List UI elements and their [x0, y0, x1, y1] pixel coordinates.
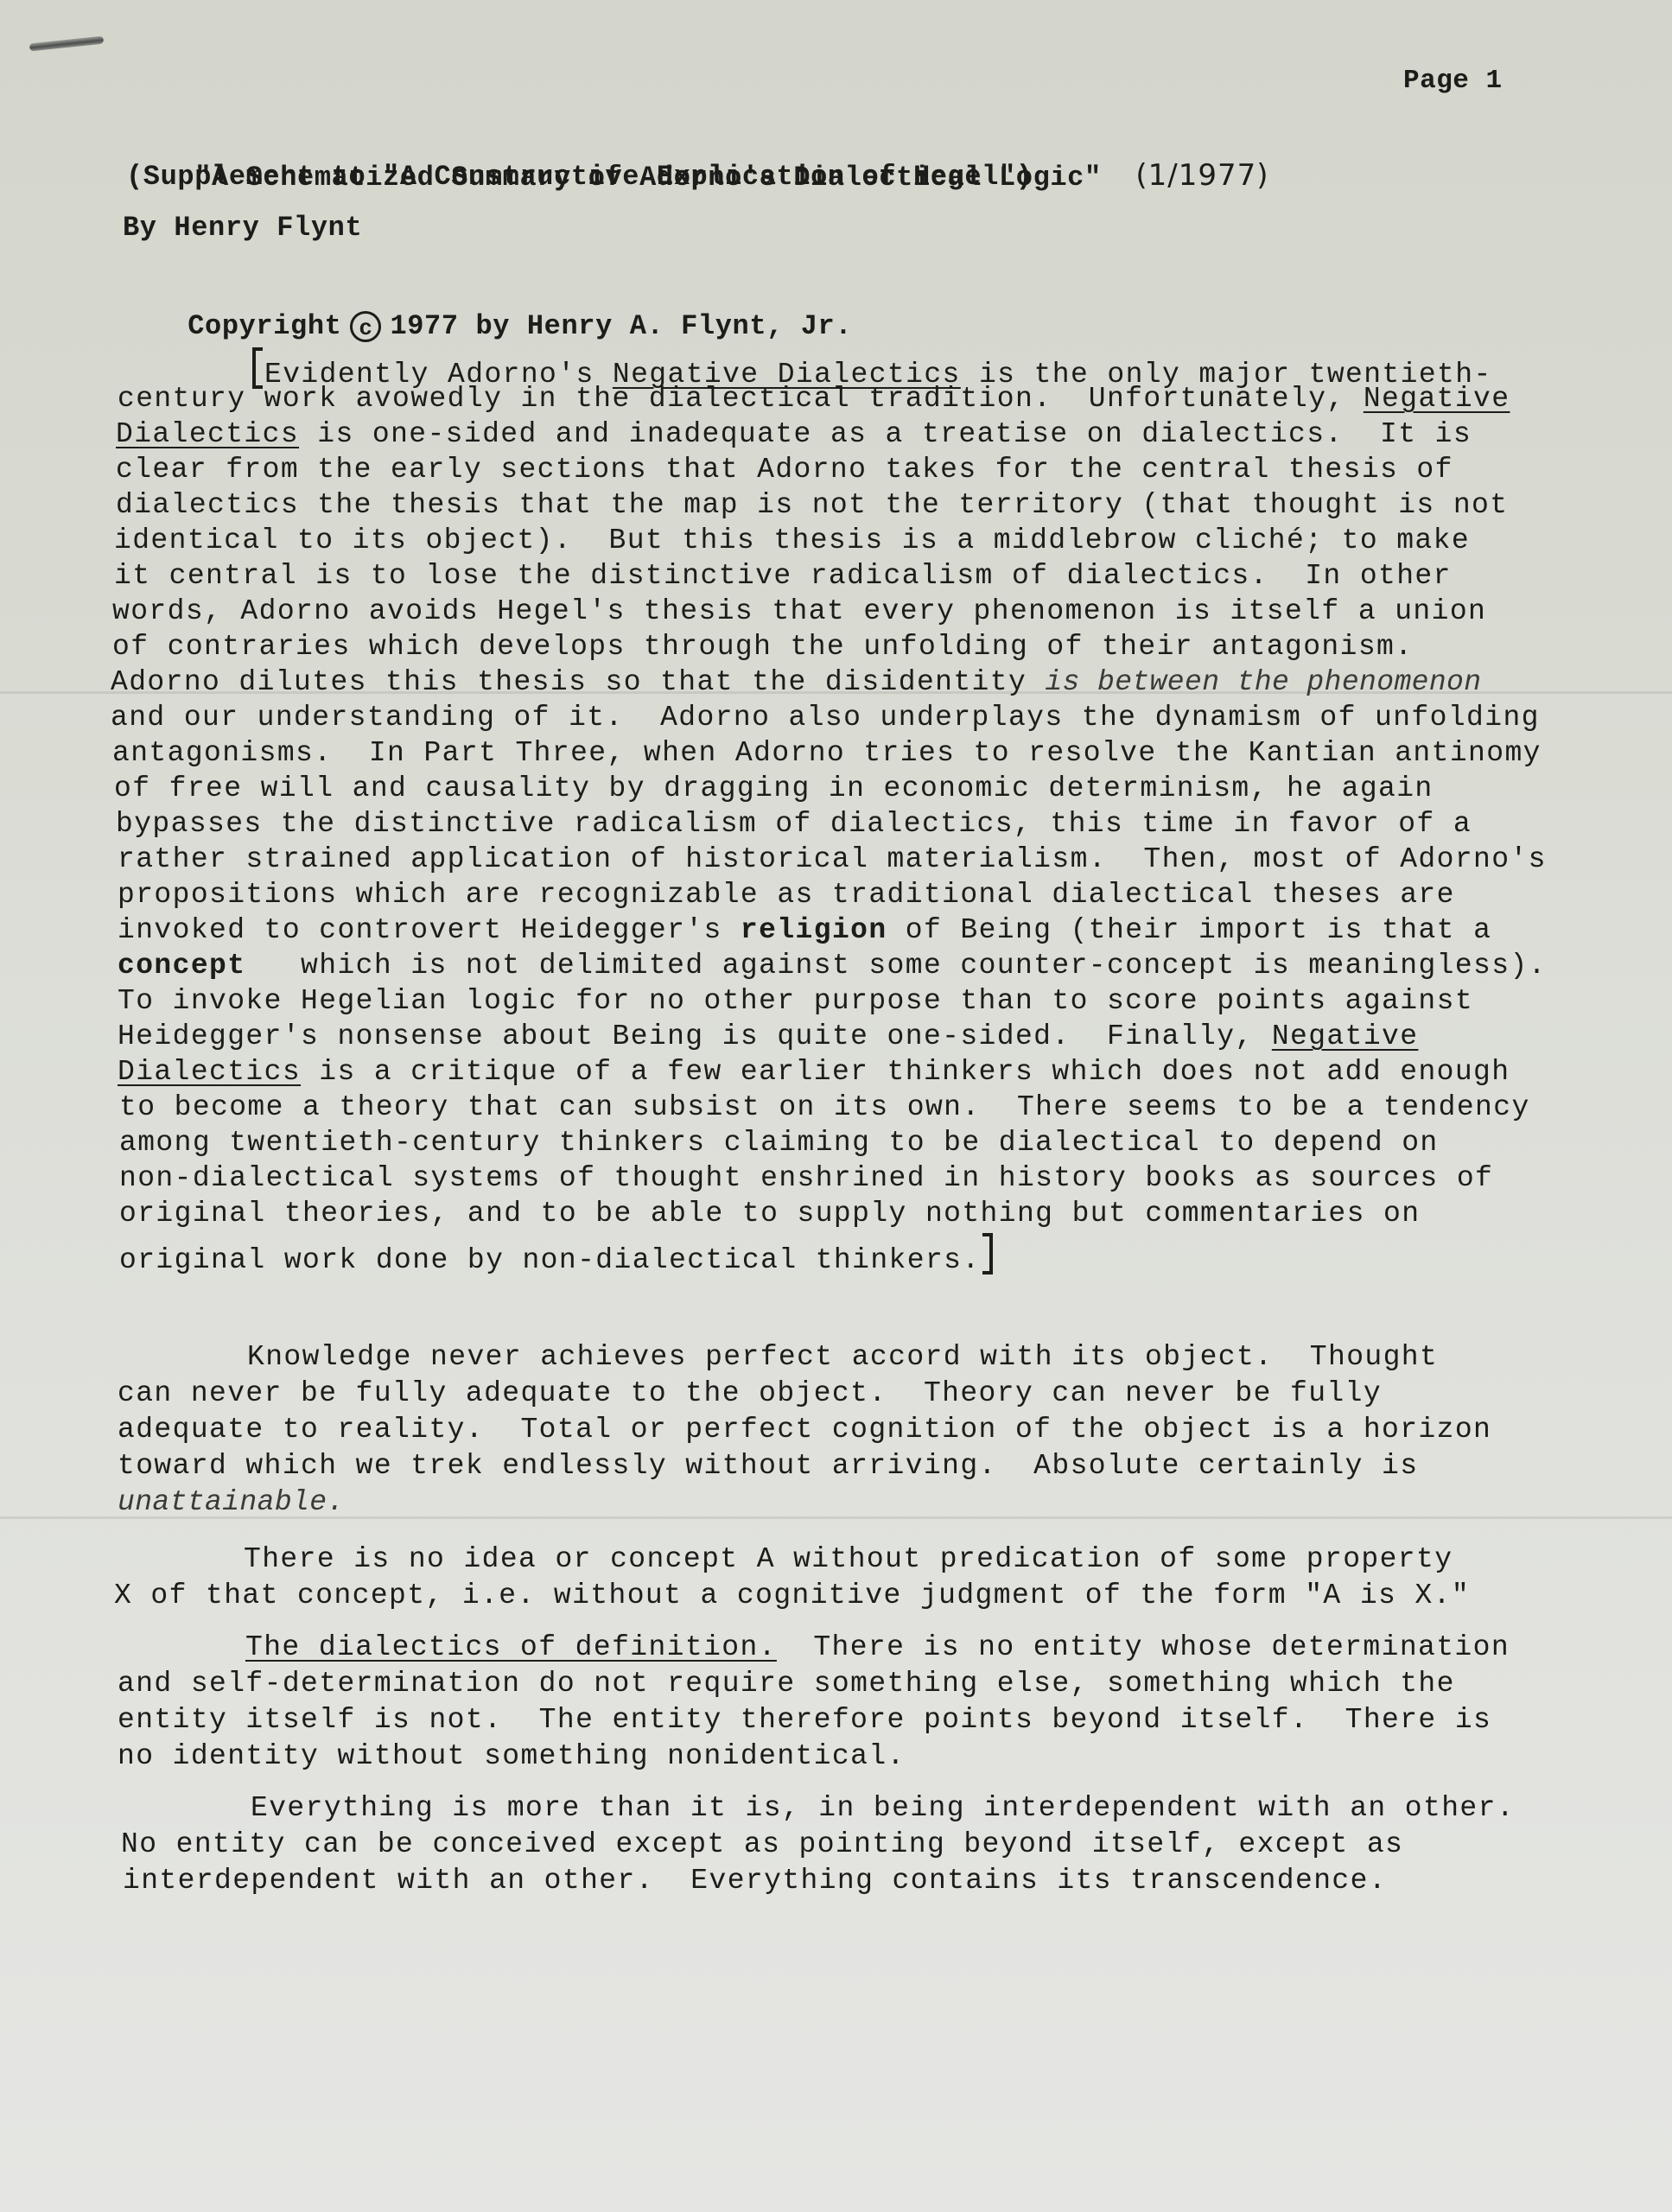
underlined-text: The dialectics of definition. — [245, 1631, 777, 1663]
text-run: and our understanding of it. Adorno also… — [111, 702, 1540, 734]
text-run: unattainable. — [118, 1486, 345, 1518]
paragraph-line: it central is to lose the distinctive ra… — [114, 560, 1452, 592]
text-run: which is not delimited against some coun… — [245, 950, 1546, 982]
text-run: of Being (their import is that a — [887, 914, 1492, 946]
document-subtitle: (Supplement to "A Constructive Explicati… — [126, 161, 1033, 193]
text-run: of free will and causality by dragging i… — [114, 772, 1434, 804]
text-run: and self-determination do not require so… — [118, 1668, 1455, 1700]
page-number: Page 1 — [1403, 66, 1503, 96]
text-run: original theories, and to be able to sup… — [119, 1198, 1420, 1230]
paragraph-line: dialectics the thesis that the map is no… — [116, 489, 1508, 521]
copyright-icon: c — [350, 311, 381, 342]
text-run: is one-sided and inadequate as a treatis… — [299, 418, 1472, 450]
text-run: To invoke Hegelian logic for no other pu… — [118, 985, 1473, 1017]
text-run: of contraries which develops through the… — [112, 631, 1413, 663]
paragraph-line: words, Adorno avoids Hegel's thesis that… — [112, 595, 1486, 627]
text-run: no identity without something nonidentic… — [118, 1740, 906, 1772]
byline: By Henry Flynt — [123, 212, 362, 244]
paragraph-line: clear from the early sections that Adorn… — [116, 454, 1453, 486]
paragraph-line: Heidegger's nonsense about Being is quit… — [118, 1020, 1418, 1052]
paragraph-line: no identity without something nonidentic… — [118, 1740, 906, 1772]
paragraph-line: There is no idea or concept A without pr… — [244, 1543, 1453, 1575]
paragraph-line: adequate to reality. Total or perfect co… — [118, 1414, 1491, 1446]
paragraph-line: toward which we trek endlessly without a… — [118, 1450, 1418, 1482]
paragraph-line: bypasses the distinctive radicalism of d… — [116, 808, 1472, 840]
paragraph-line: unattainable. — [118, 1486, 345, 1518]
underlined-text: Dialectics — [116, 418, 299, 450]
text-run: religion — [741, 914, 887, 946]
paragraph-line: Dialectics is one-sided and inadequate a… — [116, 418, 1472, 450]
staple-mark — [29, 36, 104, 52]
text-run: X of that concept, i.e. without a cognit… — [114, 1580, 1470, 1611]
paragraph-line: Adorno dilutes this thesis so that the d… — [111, 666, 1481, 698]
text-run: to become a theory that can subsist on i… — [119, 1091, 1530, 1123]
text-run: antagonisms. In Part Three, when Adorno … — [112, 737, 1542, 769]
document-date: (1/1977) — [1135, 158, 1268, 193]
text-run: entity itself is not. The entity therefo… — [118, 1704, 1491, 1736]
underlined-text: Dialectics — [118, 1056, 301, 1088]
paragraph-line: and our understanding of it. Adorno also… — [111, 702, 1540, 734]
text-run: concept — [118, 950, 245, 982]
paragraph-line: propositions which are recognizable as t… — [118, 879, 1455, 911]
underlined-text: Negative — [1272, 1020, 1419, 1052]
text-run: non-dialectical systems of thought enshr… — [119, 1162, 1493, 1194]
paragraph-line: non-dialectical systems of thought enshr… — [119, 1162, 1493, 1194]
text-run: Heidegger's nonsense about Being is quit… — [118, 1020, 1272, 1052]
text-run: propositions which are recognizable as t… — [118, 879, 1455, 911]
text-run: interdependent with an other. Everything… — [123, 1865, 1387, 1897]
paragraph-line: rather strained application of historica… — [118, 843, 1547, 875]
text-run: words, Adorno avoids Hegel's thesis that… — [112, 595, 1486, 627]
paragraph-line: Knowledge never achieves perfect accord … — [247, 1341, 1438, 1373]
text-run: identical to its object). But this thesi… — [114, 524, 1470, 556]
typewritten-page: Page 1 "A Schematized Summary of Adorno'… — [0, 0, 1672, 2212]
paragraph-line: original work done by non-dialectical th… — [119, 1233, 993, 1276]
paragraph-line: concept which is not delimited against s… — [118, 950, 1547, 982]
paragraph-line: among twentieth-century thinkers claimin… — [119, 1127, 1439, 1159]
copyright-suffix: 1977 by Henry A. Flynt, Jr. — [390, 310, 852, 342]
paragraph-line: entity itself is not. The entity therefo… — [118, 1704, 1491, 1736]
paragraph-line: century work avowedly in the dialectical… — [118, 383, 1510, 415]
paragraph-line: and self-determination do not require so… — [118, 1668, 1455, 1700]
text-run: Adorno dilutes this thesis so that the d… — [111, 666, 1045, 698]
text-run: among twentieth-century thinkers claimin… — [119, 1127, 1439, 1159]
text-run: There is no entity whose determination — [777, 1631, 1510, 1663]
paragraph-line: can never be fully adequate to the objec… — [118, 1377, 1382, 1409]
paragraph-line: identical to its object). But this thesi… — [114, 524, 1470, 556]
paragraph-line: interdependent with an other. Everything… — [123, 1865, 1387, 1897]
text-run: clear from the early sections that Adorn… — [116, 454, 1453, 486]
text-run: century work avowedly in the dialectical… — [118, 383, 1364, 415]
text-run: Everything is more than it is, in being … — [251, 1792, 1515, 1824]
paragraph-line: Everything is more than it is, in being … — [251, 1792, 1515, 1824]
text-run: can never be fully adequate to the objec… — [118, 1377, 1382, 1409]
paragraph-line: original theories, and to be able to sup… — [119, 1198, 1420, 1230]
text-run: dialectics the thesis that the map is no… — [116, 489, 1508, 521]
paragraph-line: X of that concept, i.e. without a cognit… — [114, 1580, 1470, 1611]
paragraph-line: of contraries which develops through the… — [112, 631, 1413, 663]
text-run: is between the phenomenon — [1045, 666, 1481, 698]
paragraph-line: The dialectics of definition. There is n… — [245, 1631, 1510, 1663]
text-run: adequate to reality. Total or perfect co… — [118, 1414, 1491, 1446]
text-run: invoked to controvert Heidegger's — [118, 914, 741, 946]
text-run: There is no idea or concept A without pr… — [244, 1543, 1453, 1575]
text-run: it central is to lose the distinctive ra… — [114, 560, 1452, 592]
text-run: original work done by non-dialectical th… — [119, 1244, 981, 1276]
paragraph-line: of free will and causality by dragging i… — [114, 772, 1434, 804]
paragraph-line: invoked to controvert Heidegger's religi… — [118, 914, 1491, 946]
paragraph-line: antagonisms. In Part Three, when Adorno … — [112, 737, 1542, 769]
paragraph-line: to become a theory that can subsist on i… — [119, 1091, 1530, 1123]
close-bracket-mark — [982, 1233, 993, 1274]
text-run: Knowledge never achieves perfect accord … — [247, 1341, 1438, 1373]
text-run: No entity can be conceived except as poi… — [121, 1828, 1403, 1860]
text-run: toward which we trek endlessly without a… — [118, 1450, 1418, 1482]
text-run: bypasses the distinctive radicalism of d… — [116, 808, 1472, 840]
paragraph-line: To invoke Hegelian logic for no other pu… — [118, 985, 1473, 1017]
copyright-prefix: Copyright — [188, 310, 341, 342]
text-run: is a critique of a few earlier thinkers … — [301, 1056, 1510, 1088]
text-run: rather strained application of historica… — [118, 843, 1547, 875]
paragraph-line: No entity can be conceived except as poi… — [121, 1828, 1403, 1860]
underlined-text: Negative — [1364, 383, 1510, 415]
paragraph-line: Dialectics is a critique of a few earlie… — [118, 1056, 1510, 1088]
